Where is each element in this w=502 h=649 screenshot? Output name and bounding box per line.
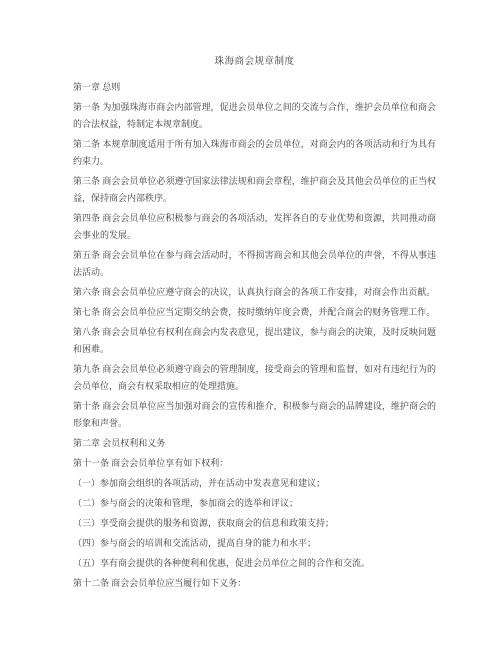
document-body: 第一章 总则第一条 为加强珠海市商会内部管理，促进会员单位之间的交流与合作，维护… <box>73 79 436 592</box>
document-content: 珠海商会规章制度 第一章 总则第一条 为加强珠海市商会内部管理，促进会员单位之间… <box>73 54 436 595</box>
paragraph: 第二章 会员权利和义务 <box>73 435 436 452</box>
paragraph: （四）参与商会的培训和交流活动，提高自身的能力和水平； <box>73 535 436 552</box>
paragraph: 第一章 总则 <box>73 79 436 96</box>
paragraph: 第七条 商会会员单位应当定期交纳会费，按时缴纳年度会费，并配合商会的财务管理工作… <box>73 304 436 321</box>
paragraph: 第十一条 商会会员单位享有如下权利： <box>73 455 436 472</box>
document-page: 珠海商会规章制度 第一章 总则第一条 为加强珠海市商会内部管理，促进会员单位之间… <box>0 0 502 649</box>
paragraph: 第八条 商会会员单位有权利在商会内发表意见，提出建议，参与商会的决策，及时反映问… <box>73 324 436 358</box>
paragraph: （三）享受商会提供的服务和资源，获取商会的信息和政策支持； <box>73 515 436 532</box>
paragraph: （一）参加商会组织的各项活动，并在活动中发表意见和建议； <box>73 475 436 492</box>
document-title: 珠海商会规章制度 <box>73 54 436 71</box>
paragraph: 第九条 商会会员单位必须遵守商会的管理制度，接受商会的管理和监督，如对有违纪行为… <box>73 361 436 395</box>
paragraph: 第三条 商会会员单位必须遵守国家法律法规和商会章程，维护商会及其他会员单位的正当… <box>73 173 436 207</box>
paragraph: 第二条 本规章制度适用于所有加入珠海市商会的会员单位，对商会内的各项活动和行为具… <box>73 136 436 170</box>
paragraph: 第四条 商会会员单位应积极参与商会的各项活动，发挥各自的专业优势和资源，共同推动… <box>73 210 436 244</box>
paragraph: 第六条 商会会员单位应遵守商会的决议，认真执行商会的各项工作安排，对商会作出贡献… <box>73 284 436 301</box>
paragraph: 第一条 为加强珠海市商会内部管理，促进会员单位之间的交流与合作，维护会员单位和商… <box>73 99 436 133</box>
paragraph: 第五条 商会会员单位在参与商会活动时，不得损害商会和其他会员单位的声誉，不得从事… <box>73 247 436 281</box>
paragraph: （五）享有商会提供的各种便利和优惠，促进会员单位之间的合作和交流。 <box>73 555 436 572</box>
paragraph: 第十二条 商会会员单位应当履行如下义务： <box>73 575 436 592</box>
paragraph: （二）参与商会的决策和管理，参加商会的选举和评议； <box>73 495 436 512</box>
paragraph: 第十条 商会会员单位应当加强对商会的宣传和推介，积极参与商会的品牌建设，维护商会… <box>73 398 436 432</box>
